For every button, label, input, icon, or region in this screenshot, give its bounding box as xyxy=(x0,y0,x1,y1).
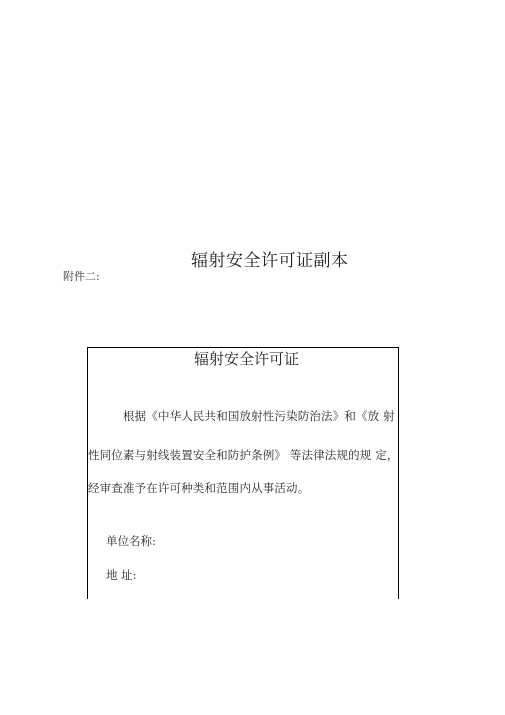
document-title: 辐射安全许可证副本 xyxy=(191,246,349,271)
field-address-label: 地 址: xyxy=(106,567,137,583)
certificate-body-line-2: 性同位素与射线装置安全和防护条例》 等法律法规的规 定， xyxy=(88,447,399,463)
certificate-box xyxy=(87,347,399,599)
attachment-label: 附件二: xyxy=(63,268,100,284)
field-unit-name-label: 单位名称: xyxy=(106,533,156,549)
certificate-body-line-3: 经审查准予在许可种类和范围内从事活动。 xyxy=(88,480,309,496)
certificate-title: 辐射安全许可证 xyxy=(194,348,299,369)
certificate-body-line-1: 根据《中华人民共和国放射性污染防治法》和《放 射 xyxy=(123,408,395,424)
